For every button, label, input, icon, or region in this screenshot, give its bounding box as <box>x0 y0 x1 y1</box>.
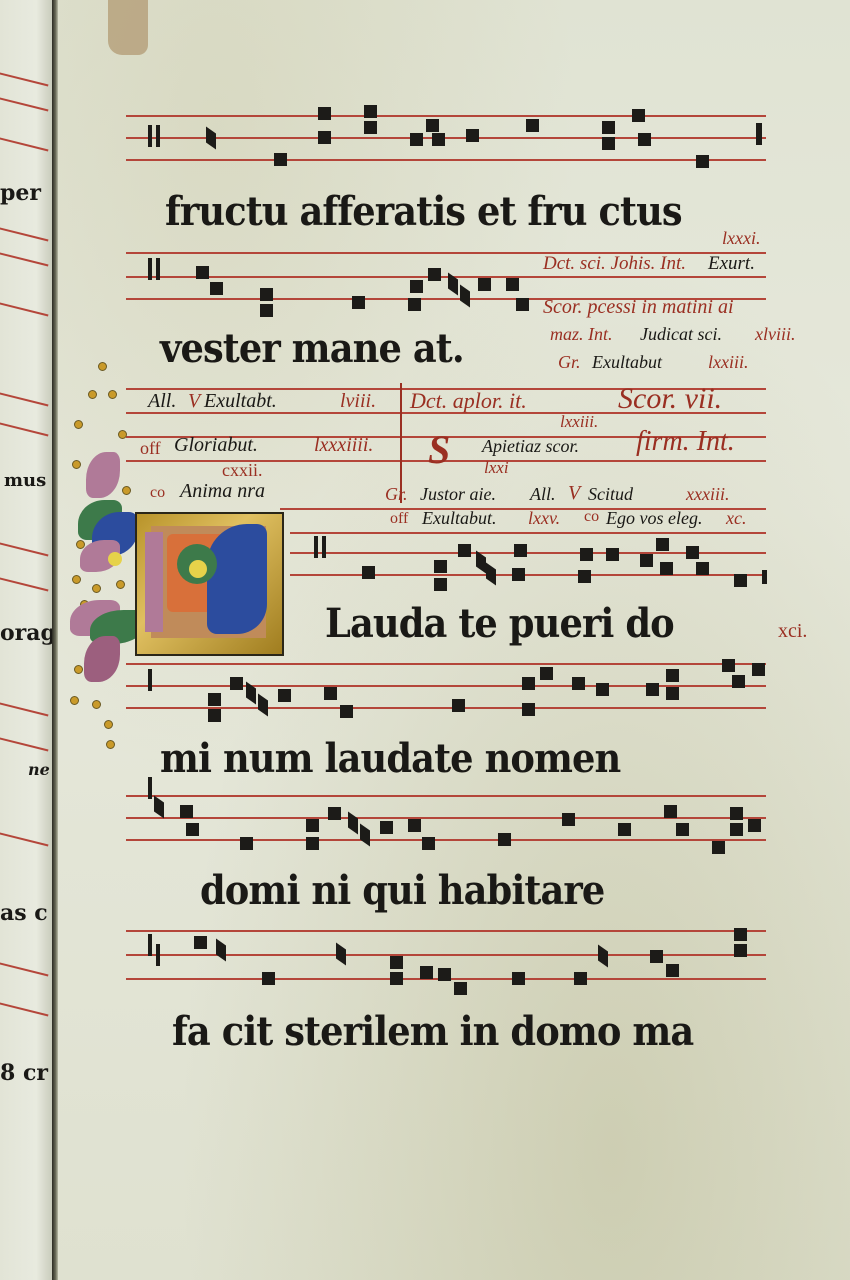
neume-note <box>526 119 539 132</box>
neume-note <box>696 155 709 168</box>
staff-line <box>0 1000 48 1016</box>
staff-line <box>0 135 48 151</box>
neume-note <box>656 538 669 551</box>
rubric-folio-ref: xlviii. <box>755 324 795 345</box>
rubric-prefix: off <box>390 510 408 528</box>
incipit-text: Exultabut. <box>422 508 497 529</box>
rubric-folio-ref: lxxiii. <box>708 352 748 373</box>
incipit-text: Gloriabut. <box>174 434 258 457</box>
staff-line <box>0 700 48 716</box>
incipit-text: Apietiaz scor. <box>482 436 579 457</box>
lyric-line-5: domi ni qui habitare <box>200 867 604 914</box>
neume-note <box>180 805 193 818</box>
neume-note <box>206 126 216 149</box>
rubric-folio-ref: lxxiii. <box>560 412 598 432</box>
neume-note <box>660 562 673 575</box>
illuminated-initial-L <box>135 512 284 656</box>
left-fragment: ne <box>28 760 50 779</box>
neume-note <box>606 548 619 561</box>
neume-note <box>432 133 445 146</box>
music-staff-5 <box>126 795 766 843</box>
neume-note <box>194 936 207 949</box>
music-staff-4 <box>126 663 766 711</box>
neume-note <box>522 677 535 690</box>
rubric-text: maz. Int. <box>550 324 613 345</box>
rubric-prefix: All. <box>530 484 556 505</box>
rubric-prefix: co <box>150 484 165 502</box>
neume-note <box>458 544 471 557</box>
c-clef-icon <box>148 777 152 799</box>
neume-note <box>514 544 527 557</box>
c-clef-icon <box>156 125 160 147</box>
neume-note <box>578 570 591 583</box>
neume-note <box>722 659 735 672</box>
rubric-text: Gr. <box>558 352 581 373</box>
neume-note <box>696 562 709 575</box>
music-staff-3 <box>290 532 766 580</box>
neume-note <box>646 683 659 696</box>
neume-note <box>712 841 725 854</box>
neume-note <box>638 133 651 146</box>
rubric-prefix: co <box>584 508 599 526</box>
incipit-text: Judicat sci. <box>640 324 722 345</box>
rubric-folio-ref: xxxiii. <box>686 484 729 505</box>
neume-note <box>408 298 421 311</box>
neume-note <box>274 153 287 166</box>
rubric-text: Scor. pcessi in matini ai <box>543 296 734 319</box>
staff-line <box>0 830 48 846</box>
rubric-folio-ref: lxxxi. <box>722 228 760 249</box>
neume-note <box>318 131 331 144</box>
staff-line <box>0 300 48 316</box>
neume-note <box>602 121 615 134</box>
rubric-initial: S <box>428 426 450 473</box>
neume-note <box>216 938 226 961</box>
neume-note <box>186 823 199 836</box>
neume-note <box>240 837 253 850</box>
neume-note <box>478 278 491 291</box>
custos-icon <box>762 570 767 584</box>
neume-note <box>540 667 553 680</box>
staff-line <box>0 70 48 86</box>
neume-note <box>640 554 653 567</box>
neume-note <box>364 105 377 118</box>
rubric-text: Dct. aplor. it. <box>410 388 527 414</box>
neume-note <box>390 956 403 969</box>
neume-note <box>650 950 663 963</box>
neume-note <box>208 693 221 706</box>
neume-note <box>328 807 341 820</box>
incipit-text: Scitud <box>588 484 633 505</box>
staff-line <box>0 95 48 111</box>
neume-note <box>666 687 679 700</box>
staff-line <box>0 960 48 976</box>
lyric-line-3: Lauda te pueri do <box>325 600 674 647</box>
neume-note <box>306 837 319 850</box>
neume-note <box>734 944 747 957</box>
neume-note <box>352 296 365 309</box>
neume-note <box>572 677 585 690</box>
neume-note <box>422 837 435 850</box>
incipit-text: Exultabut <box>592 352 662 373</box>
neume-note <box>734 928 747 941</box>
neume-note <box>408 819 421 832</box>
neume-note <box>598 944 608 967</box>
neume-note <box>506 278 519 291</box>
incipit-text: Justor aie. <box>420 484 496 505</box>
staff-line <box>0 735 48 751</box>
rubric-folio-ref: cxxii. <box>222 460 263 481</box>
neume-note <box>426 119 439 132</box>
staff-line <box>0 225 48 241</box>
neume-note <box>632 109 645 122</box>
left-fragment: 8 cr <box>0 1060 48 1086</box>
neume-note <box>602 137 615 150</box>
neume-note <box>208 709 221 722</box>
neume-note <box>664 805 677 818</box>
c-clef-icon <box>314 536 318 558</box>
neume-note <box>748 819 761 832</box>
lyric-line-1: fructu afferatis et fru ctus <box>165 188 682 235</box>
neume-note <box>666 964 679 977</box>
neume-note <box>666 669 679 682</box>
margin-folio-ref: xci. <box>778 620 807 643</box>
neume-note <box>730 823 743 836</box>
lyric-line-2: vester mane at. <box>160 325 464 372</box>
staff-line <box>0 390 48 406</box>
neume-note <box>512 568 525 581</box>
neume-note <box>390 972 403 985</box>
left-fragment: orag <box>0 620 52 646</box>
left-fragment: mus <box>4 470 46 491</box>
neume-note <box>364 121 377 134</box>
neume-note <box>574 972 587 985</box>
versicle-icon: V <box>188 390 200 413</box>
neume-note <box>516 298 529 311</box>
neume-note <box>438 968 451 981</box>
neume-note <box>676 823 689 836</box>
rubric-folio-ref: lxxxiiii. <box>314 434 373 457</box>
neume-note <box>362 566 375 579</box>
neume-note <box>336 942 346 965</box>
incipit-text: Anima nra <box>180 480 265 503</box>
neume-note <box>230 677 243 690</box>
neume-note <box>410 280 423 293</box>
neume-note <box>732 675 745 688</box>
rubric-prefix: Gr. <box>385 484 408 505</box>
rubric-text: Scor. vii. <box>618 382 722 416</box>
neume-note <box>340 705 353 718</box>
neume-note <box>730 807 743 820</box>
rubric-prefix: All. <box>148 390 176 413</box>
c-clef-icon <box>156 258 160 280</box>
c-clef-icon <box>148 125 152 147</box>
neume-note <box>410 133 423 146</box>
lyric-line-6: fa cit sterilem in domo ma <box>172 1008 693 1055</box>
staff-line <box>0 540 48 556</box>
neume-note <box>452 699 465 712</box>
neume-note <box>260 304 273 317</box>
neume-note <box>434 560 447 573</box>
c-clef-icon <box>148 258 152 280</box>
custos-icon <box>756 123 762 145</box>
neume-note <box>306 819 319 832</box>
neume-note <box>498 833 511 846</box>
neume-note <box>196 266 209 279</box>
staff-line <box>0 575 48 591</box>
neume-note <box>260 288 273 301</box>
incipit-text: Exultabt. <box>204 390 277 413</box>
staff-line <box>0 420 48 436</box>
neume-note <box>580 548 593 561</box>
c-clef-icon <box>148 934 152 956</box>
neume-note <box>420 966 433 979</box>
neume-note <box>434 578 447 591</box>
rubric-text: Dct. sci. Johis. Int. <box>543 253 686 275</box>
lyric-line-4: mi num laudate nomen <box>160 735 620 782</box>
versicle-icon: V <box>568 482 580 505</box>
rubric-folio-ref: xc. <box>726 508 746 529</box>
neume-note <box>618 823 631 836</box>
neume-note <box>466 129 479 142</box>
water-stain <box>108 0 148 55</box>
music-staff-1 <box>126 115 766 163</box>
music-staff-6 <box>126 930 766 978</box>
left-fragment: per <box>0 180 41 206</box>
staff-line <box>0 250 48 266</box>
neume-note <box>210 282 223 295</box>
incipit-text: Exurt. <box>708 253 755 275</box>
neume-note <box>348 811 358 834</box>
neume-note <box>278 689 291 702</box>
neume-note <box>512 972 525 985</box>
rubric-folio-ref: lxxv. <box>528 508 560 529</box>
rubric-folio-ref: lviii. <box>340 390 376 413</box>
neume-note <box>324 687 337 700</box>
rubric-text: firm. Int. <box>636 426 735 458</box>
neume-note <box>734 574 747 587</box>
neume-note <box>596 683 609 696</box>
neume-note <box>522 703 535 716</box>
c-clef-icon <box>148 669 152 691</box>
c-clef-icon <box>156 944 160 966</box>
incipit-text: Ego vos eleg. <box>606 508 702 529</box>
neume-note <box>686 546 699 559</box>
neume-note <box>428 268 441 281</box>
neume-note <box>262 972 275 985</box>
neume-note <box>154 795 164 818</box>
neume-note <box>318 107 331 120</box>
left-page-edge: per mus orag ne as c 8 cr <box>0 0 52 1280</box>
neume-note <box>380 821 393 834</box>
neume-note <box>562 813 575 826</box>
neume-note <box>752 663 765 676</box>
neume-note <box>454 982 467 995</box>
rubric-folio-ref: lxxi <box>484 458 509 478</box>
rubric-prefix: off <box>140 438 161 459</box>
left-fragment: as c <box>0 900 48 926</box>
c-clef-icon <box>322 536 326 558</box>
